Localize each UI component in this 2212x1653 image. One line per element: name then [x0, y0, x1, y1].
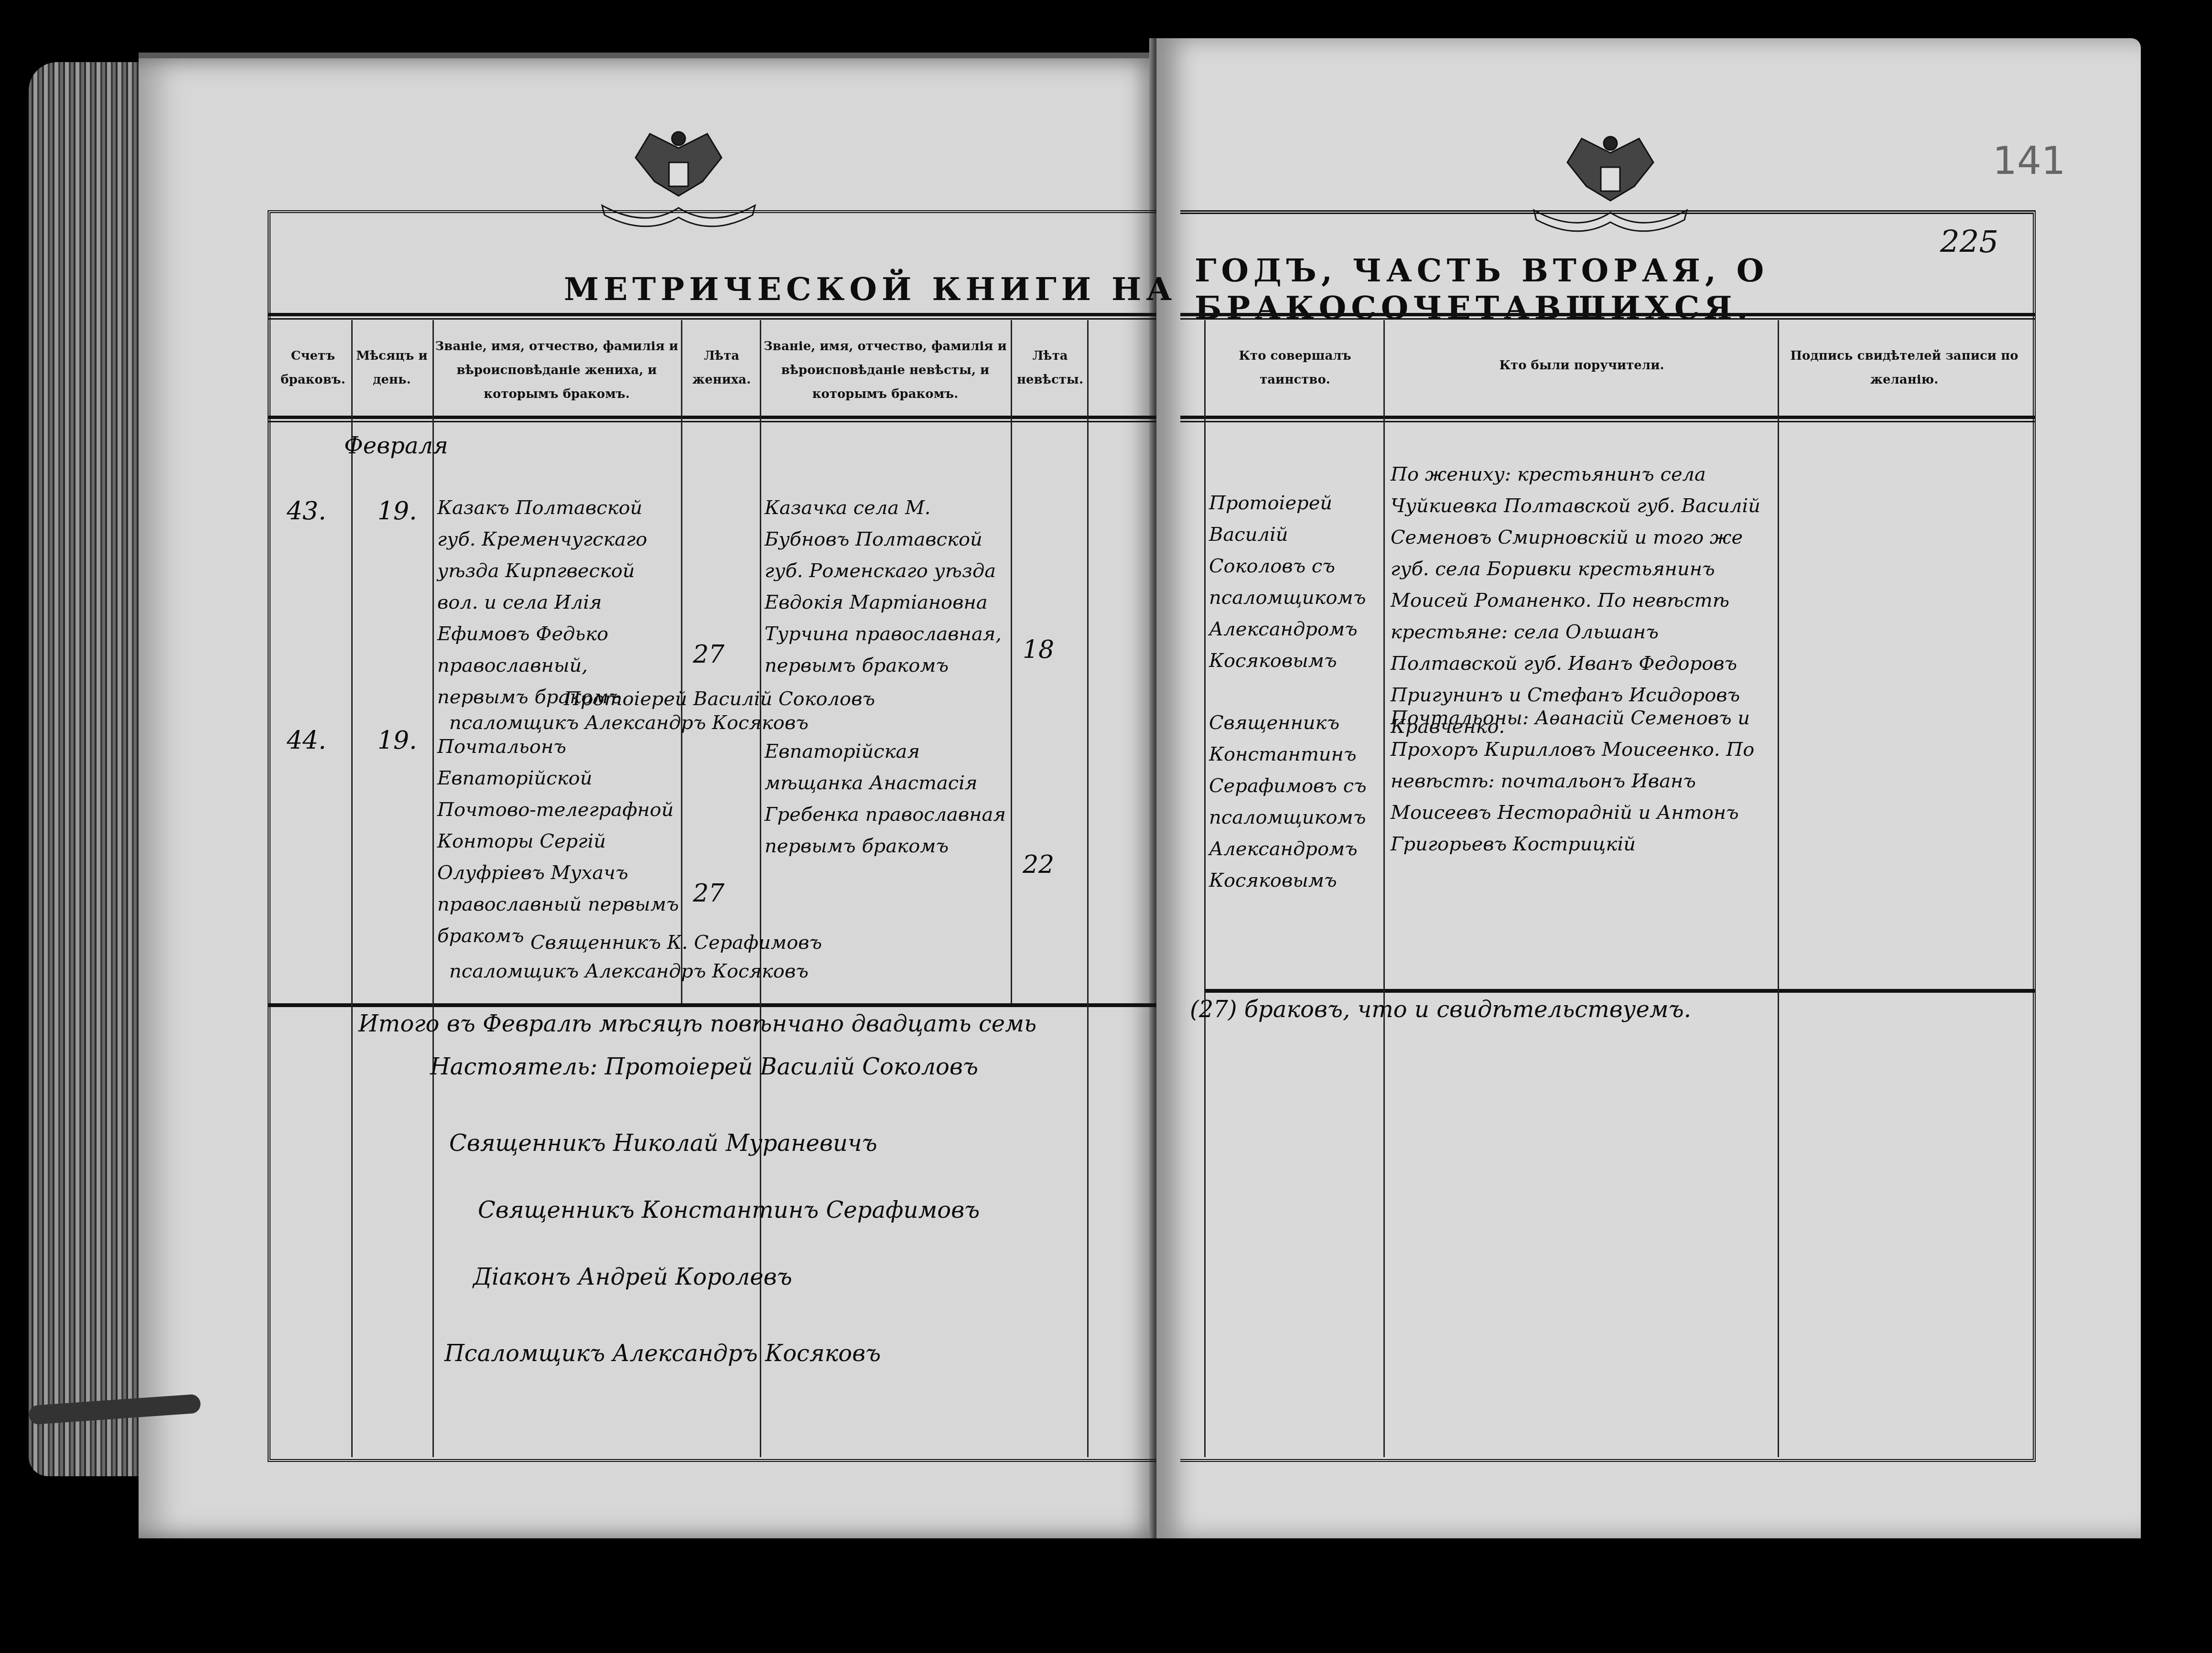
month-label: Февраля: [344, 430, 440, 462]
signature-deacon: Діаконъ Андрей Королевъ: [473, 1261, 1047, 1293]
signature-line: Священникъ К. Серафимовъ: [530, 927, 960, 958]
column-divider: [1087, 320, 1089, 1457]
folio-number-pencil: 141: [1993, 139, 2066, 183]
column-header-groom: Званіе, имя, отчество, фамилія и вѣроисп…: [435, 334, 679, 406]
bride-age: 22: [1023, 850, 1054, 879]
column-header-rule: [268, 416, 1156, 422]
sureties-details: Почтальоны: Аѳанасій Семеновъ и Прохоръ …: [1391, 702, 1773, 860]
column-header-rule: [1180, 416, 2036, 422]
column-header-groom-age: Лѣта жениха.: [683, 344, 760, 392]
total-line-right: (27) браковъ, что и свидѣтельствуемъ.: [1190, 994, 2002, 1025]
total-line: Итого въ Февралѣ мѣсяцѣ повѣнчано двадца…: [358, 1008, 1123, 1040]
sureties-details: По жениху: крестьянинъ села Чуйкиевка По…: [1391, 459, 1773, 742]
column-divider: [1204, 320, 1206, 1457]
column-divider: [351, 320, 353, 1457]
signature-psalmist: Псаломщикъ Александръ Косяковъ: [444, 1338, 1066, 1369]
column-divider: [1778, 320, 1779, 1457]
column-divider: [681, 320, 682, 1003]
column-header-officiant: Кто совершалъ таинство.: [1207, 344, 1383, 392]
bride-details: Казачка села М. Бубновъ Полтавской губ. …: [765, 492, 1008, 681]
groom-age: 27: [693, 640, 724, 669]
entry-day: 19.: [378, 497, 417, 526]
column-divider: [432, 320, 434, 1457]
column-header-bride-age: Лѣта невѣсты.: [1013, 344, 1087, 392]
header-rule: [1180, 313, 2036, 320]
signature-line: псаломщикъ Александръ Косяковъ: [449, 955, 1023, 987]
entry-day: 19.: [378, 726, 417, 755]
groom-age: 27: [693, 879, 724, 908]
signature-priest: Священникъ Константинъ Серафимовъ: [478, 1194, 1099, 1226]
header-rule: [268, 313, 1156, 320]
signature-priest: Священникъ Николай Мураневичъ: [449, 1127, 1023, 1159]
signature-superior: Настоятель: Протоіерей Василій Соколовъ: [430, 1051, 1099, 1083]
officiant-details: Священникъ Константинъ Серафимовъ съ пса…: [1209, 707, 1381, 896]
bride-details: Евпаторійская мѣщанка Анастасія Гребенка…: [765, 736, 1008, 862]
officiant-details: Протоіерей Василій Соколовъ съ псаломщик…: [1209, 487, 1381, 676]
column-divider: [1011, 320, 1012, 1003]
column-header-bride: Званіе, имя, отчество, фамилія и вѣроисп…: [762, 334, 1008, 406]
column-header-sureties: Кто были поручители.: [1386, 354, 1778, 377]
totals-rule: [268, 1003, 1156, 1007]
entry-number: 43.: [287, 497, 326, 526]
column-header-witness-signature: Подпись свидѣтелей записи по желанію.: [1780, 344, 2029, 392]
entry-number: 44.: [287, 726, 326, 755]
groom-details: Казакъ Полтавской губ. Кременчугскаго уѣ…: [437, 492, 681, 713]
bride-age: 18: [1023, 635, 1054, 664]
groom-details: Почтальонъ Евпаторійской Почтово-телегра…: [437, 731, 681, 952]
totals-rule: [1204, 989, 2036, 993]
column-header-month-day: Мѣсяцъ и день.: [354, 344, 430, 392]
column-divider: [1383, 320, 1385, 1457]
column-header-marriage-count: Счетъ браковъ.: [275, 344, 351, 392]
